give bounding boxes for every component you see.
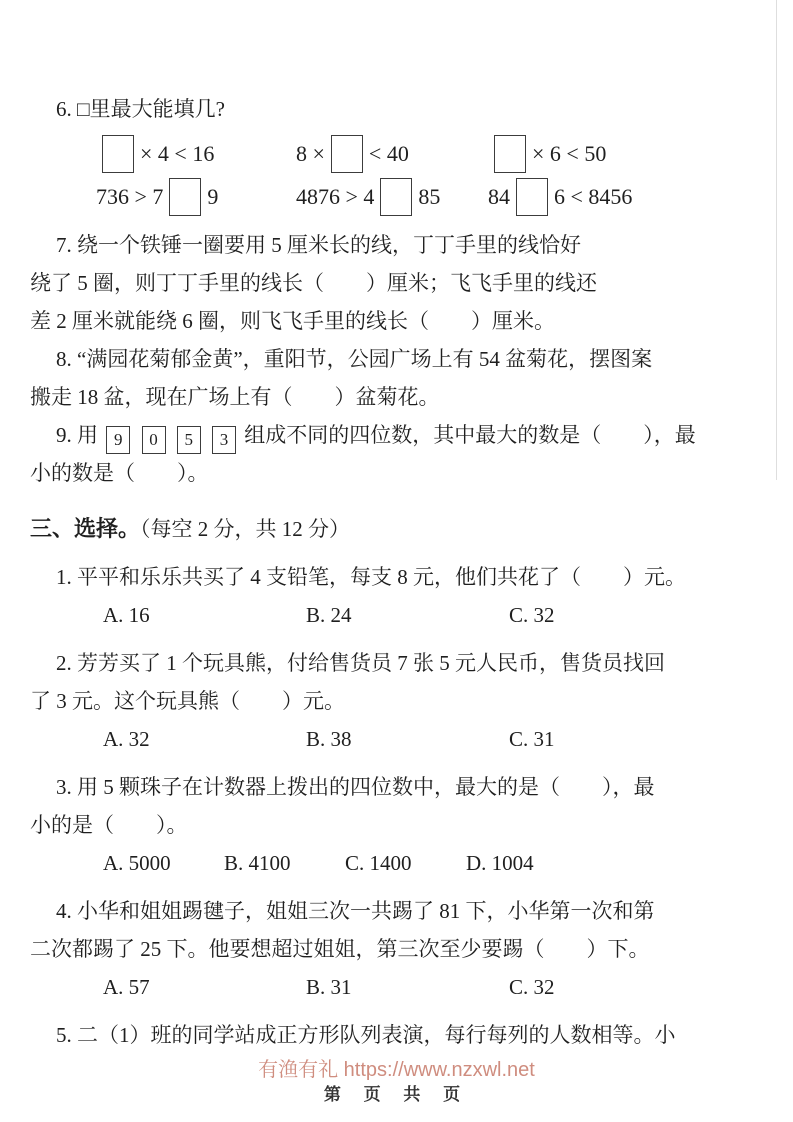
footer-watermark-link: 有渔有礼 https://www.nzxwl.net xyxy=(0,1058,793,1082)
question-7: 7. 绕一个铁锤一圈要用 5 厘米长的线，丁丁手里的线恰好 绕了 5 圈，则丁丁… xyxy=(30,226,747,340)
option-b: B. 4100 xyxy=(224,844,345,882)
choice-1-line-1: 1. 平平和乐乐共买了 4 支铅笔，每支 8 元，他们共花了（ ）元。 xyxy=(30,558,747,596)
choice-question-3: 3. 用 5 颗珠子在计数器上拨出的四位数中，最大的是（ ），最 小的是（ ）。… xyxy=(30,768,747,882)
answer-box xyxy=(169,178,201,216)
equation-4-post: 9 xyxy=(207,178,218,216)
question-9-post: 组成不同的四位数，其中最大的数是（ ），最 xyxy=(244,423,696,447)
option-c: C. 1400 xyxy=(345,844,466,882)
equation-2-post: < 40 xyxy=(369,135,409,173)
question-8-line-1: 8. “满园花菊郁金黄”，重阳节，公园广场上有 54 盆菊花，摆图案 xyxy=(30,340,747,378)
answer-box xyxy=(494,135,526,173)
option-a: A. 5000 xyxy=(103,844,224,882)
question-7-line-3: 差 2 厘米就能绕 6 圈，则飞飞手里的线长（ ）厘米。 xyxy=(30,302,747,340)
question-6-equations: × 4 < 16 8 × < 40 × 6 < 50 736 > 7 9 xyxy=(96,132,747,218)
digit-tile: 5 xyxy=(177,426,201,454)
equation-4-pre: 736 > 7 xyxy=(96,178,163,216)
scan-edge-line xyxy=(776,0,777,480)
answer-box xyxy=(331,135,363,173)
equation-3: × 6 < 50 xyxy=(488,132,747,175)
choice-4-options: A. 57 B. 31 C. 32 xyxy=(103,968,747,1006)
equation-3-post: × 6 < 50 xyxy=(532,135,606,173)
choice-5-line-1: 5. 二（1）班的同学站成正方形队列表演，每行每列的人数相等。小 xyxy=(30,1016,747,1054)
option-c: C. 32 xyxy=(509,596,712,634)
option-b: B. 31 xyxy=(306,968,509,1006)
choice-question-5: 5. 二（1）班的同学站成正方形队列表演，每行每列的人数相等。小 xyxy=(30,1016,747,1054)
equation-6-post: 6 < 8456 xyxy=(554,178,632,216)
question-6-prompt: 6. □里最大能填几? xyxy=(30,90,747,128)
option-a: A. 16 xyxy=(103,596,306,634)
section-3-meta: （每空 2 分，共 12 分） xyxy=(140,517,350,541)
choice-3-line-2: 小的是（ ）。 xyxy=(30,806,747,844)
choice-3-line-1: 3. 用 5 颗珠子在计数器上拨出的四位数中，最大的是（ ），最 xyxy=(30,768,747,806)
digit-tile: 3 xyxy=(212,426,236,454)
equation-4: 736 > 7 9 xyxy=(96,175,296,218)
question-9-pre: 9. 用 xyxy=(56,423,98,447)
equation-5-pre: 4876 > 4 xyxy=(296,178,374,216)
question-9: 9. 用 9 0 5 3 组成不同的四位数，其中最大的数是（ ），最 小的数是（… xyxy=(30,416,747,492)
option-b: B. 38 xyxy=(306,720,509,758)
question-9-line-1: 9. 用 9 0 5 3 组成不同的四位数，其中最大的数是（ ），最 xyxy=(30,416,747,454)
page-footer: 有渔有礼 https://www.nzxwl.net 第 页 共 页 xyxy=(0,1058,793,1107)
equation-5-post: 85 xyxy=(418,178,440,216)
choice-2-line-2: 了 3 元。这个玩具熊（ ）元。 xyxy=(30,682,747,720)
choice-question-1: 1. 平平和乐乐共买了 4 支铅笔，每支 8 元，他们共花了（ ）元。 A. 1… xyxy=(30,558,747,634)
choice-1-options: A. 16 B. 24 C. 32 xyxy=(103,596,747,634)
equation-6: 84 6 < 8456 xyxy=(488,175,747,218)
digit-tile: 9 xyxy=(106,426,130,454)
question-8-line-2: 搬走 18 盆，现在广场上有（ ）盆菊花。 xyxy=(30,378,747,416)
section-3-header: 三、选择。（每空 2 分，共 12 分） xyxy=(30,510,747,548)
equation-2-pre: 8 × xyxy=(296,135,325,173)
option-c: C. 32 xyxy=(509,968,712,1006)
choice-2-line-1: 2. 芳芳买了 1 个玩具熊，付给售货员 7 张 5 元人民币，售货员找回 xyxy=(30,644,747,682)
option-b: B. 24 xyxy=(306,596,509,634)
option-a: A. 57 xyxy=(103,968,306,1006)
choice-question-4: 4. 小华和姐姐踢毽子，姐姐三次一共踢了 81 下，小华第一次和第 二次都踢了 … xyxy=(30,892,747,1006)
exam-content: 6. □里最大能填几? × 4 < 16 8 × < 40 × 6 < 50 xyxy=(0,0,793,1054)
question-7-line-2: 绕了 5 圈，则丁丁手里的线长（ ）厘米；飞飞手里的线还 xyxy=(30,264,747,302)
question-8: 8. “满园花菊郁金黄”，重阳节，公园广场上有 54 盆菊花，摆图案 搬走 18… xyxy=(30,340,747,416)
question-6: 6. □里最大能填几? × 4 < 16 8 × < 40 × 6 < 50 xyxy=(30,90,747,218)
equation-1: × 4 < 16 xyxy=(96,132,296,175)
choice-question-2: 2. 芳芳买了 1 个玩具熊，付给售货员 7 张 5 元人民币，售货员找回 了 … xyxy=(30,644,747,758)
equation-1-post: × 4 < 16 xyxy=(140,135,214,173)
digit-tile: 0 xyxy=(142,426,166,454)
option-c: C. 31 xyxy=(509,720,712,758)
exam-page: 6. □里最大能填几? × 4 < 16 8 × < 40 × 6 < 50 xyxy=(0,0,793,1122)
question-9-line-2: 小的数是（ ）。 xyxy=(30,454,747,492)
footer-page-number: 第 页 共 页 xyxy=(0,1083,793,1107)
equation-6-pre: 84 xyxy=(488,178,510,216)
choice-2-options: A. 32 B. 38 C. 31 xyxy=(103,720,747,758)
section-3-title: 三、选择。 xyxy=(30,516,140,541)
choice-4-line-2: 二次都踢了 25 下。他要想超过姐姐，第三次至少要踢（ ）下。 xyxy=(30,930,747,968)
answer-box xyxy=(102,135,134,173)
choice-4-line-1: 4. 小华和姐姐踢毽子，姐姐三次一共踢了 81 下，小华第一次和第 xyxy=(30,892,747,930)
equation-2: 8 × < 40 xyxy=(296,132,488,175)
option-d: D. 1004 xyxy=(466,844,587,882)
choice-3-options: A. 5000 B. 4100 C. 1400 D. 1004 xyxy=(103,844,747,882)
equation-5: 4876 > 4 85 xyxy=(296,175,488,218)
answer-box xyxy=(516,178,548,216)
question-7-line-1: 7. 绕一个铁锤一圈要用 5 厘米长的线，丁丁手里的线恰好 xyxy=(30,226,747,264)
answer-box xyxy=(380,178,412,216)
option-a: A. 32 xyxy=(103,720,306,758)
